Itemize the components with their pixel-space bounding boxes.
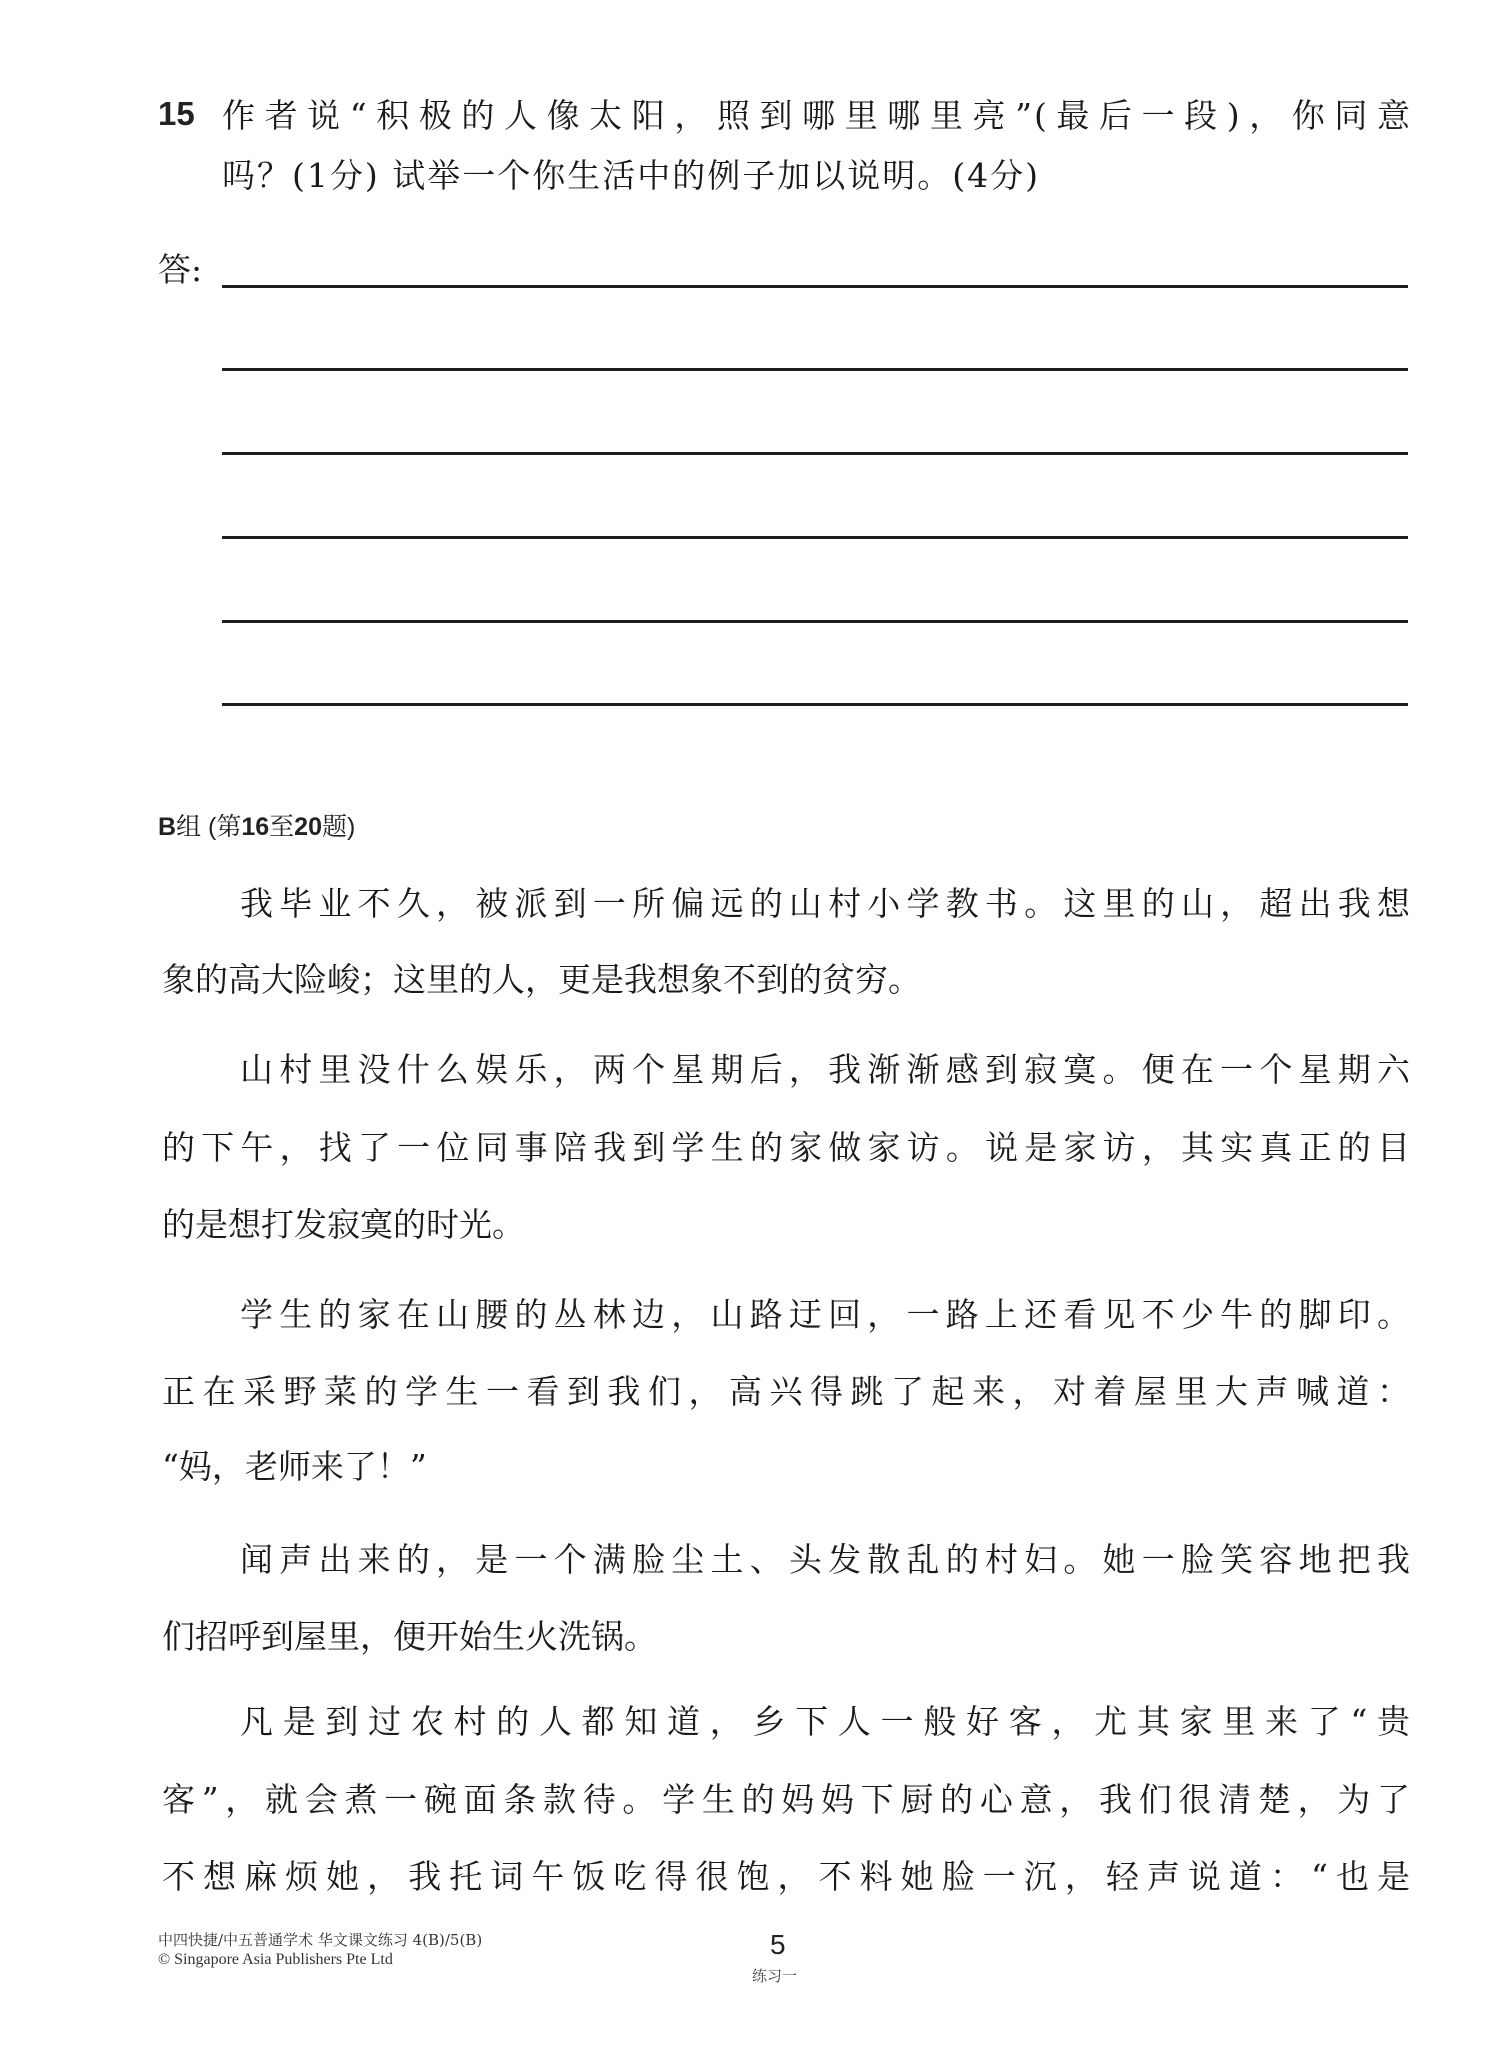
- question-text-line-1: 作者说“积极的人像太阳，照到哪里哪里亮”(最后一段)，你同意: [222, 96, 1412, 136]
- section-header: B组 (第16至20题): [158, 812, 355, 842]
- answer-line-1[interactable]: [222, 285, 1408, 288]
- paragraph-line: 的下午，找了一位同事陪我到学生的家做家访。说是家访，其实真正的目: [162, 1128, 1410, 1168]
- paragraph-line: 的是想打发寂寞的时光。: [162, 1205, 1410, 1245]
- answer-label: 答:: [158, 252, 202, 288]
- section-suffix: 题): [322, 813, 355, 841]
- paragraph-line: 学生的家在山腰的丛林边，山路迂回，一路上还看见不少牛的脚印。: [240, 1295, 1410, 1335]
- paragraph-line: 客”，就会煮一碗面条款待。学生的妈妈下厨的心意，我们很清楚，为了: [162, 1780, 1410, 1820]
- paragraph-line: 不想麻烦她，我托词午饭吃得很饱，不料她脸一沉，轻声说道：“也是: [162, 1857, 1410, 1897]
- paragraph-line: 们招呼到屋里，便开始生火洗锅。: [162, 1617, 1410, 1657]
- paragraph-line: 凡是到过农村的人都知道，乡下人一般好客，尤其家里来了“贵: [240, 1702, 1410, 1742]
- answer-line-5[interactable]: [222, 620, 1408, 623]
- paragraph-line: 山村里没什么娱乐，两个星期后，我渐渐感到寂寞。便在一个星期六: [240, 1050, 1410, 1090]
- section-letter: B: [158, 813, 176, 841]
- footer-book-title: 中四快捷/中五普通学术 华文课文练习 4(B)/5(B): [158, 1930, 482, 1950]
- question-number: 15: [158, 96, 195, 132]
- paragraph-line: 闻声出来的，是一个满脸尘土、头发散乱的村妇。她一脸笑容地把我: [240, 1540, 1410, 1580]
- page-number: 5: [770, 1930, 786, 1960]
- paragraph-line: 象的高大险峻；这里的人，更是我想象不到的贫穷。: [162, 960, 1410, 1000]
- answer-line-2[interactable]: [222, 368, 1408, 371]
- footer-copyright: © Singapore Asia Publishers Pte Ltd: [158, 1950, 393, 1970]
- section-group-label: 组 (第: [176, 813, 241, 841]
- paragraph-line: “妈，老师来了！”: [162, 1447, 1410, 1487]
- answer-line-4[interactable]: [222, 536, 1408, 539]
- question-text-line-2: 吗？(1分) 试举一个你生活中的例子加以说明。(4分): [222, 156, 1040, 196]
- page-section-label: 练习一: [752, 1966, 797, 1986]
- section-to-label: 至: [269, 813, 294, 841]
- section-end-number: 20: [294, 813, 322, 841]
- paragraph-line: 正在采野菜的学生一看到我们，高兴得跳了起来，对着屋里大声喊道：: [162, 1372, 1410, 1412]
- answer-line-6[interactable]: [222, 703, 1408, 706]
- section-start-number: 16: [241, 813, 269, 841]
- answer-line-3[interactable]: [222, 452, 1408, 455]
- paragraph-line: 我毕业不久，被派到一所偏远的山村小学教书。这里的山，超出我想: [240, 884, 1410, 924]
